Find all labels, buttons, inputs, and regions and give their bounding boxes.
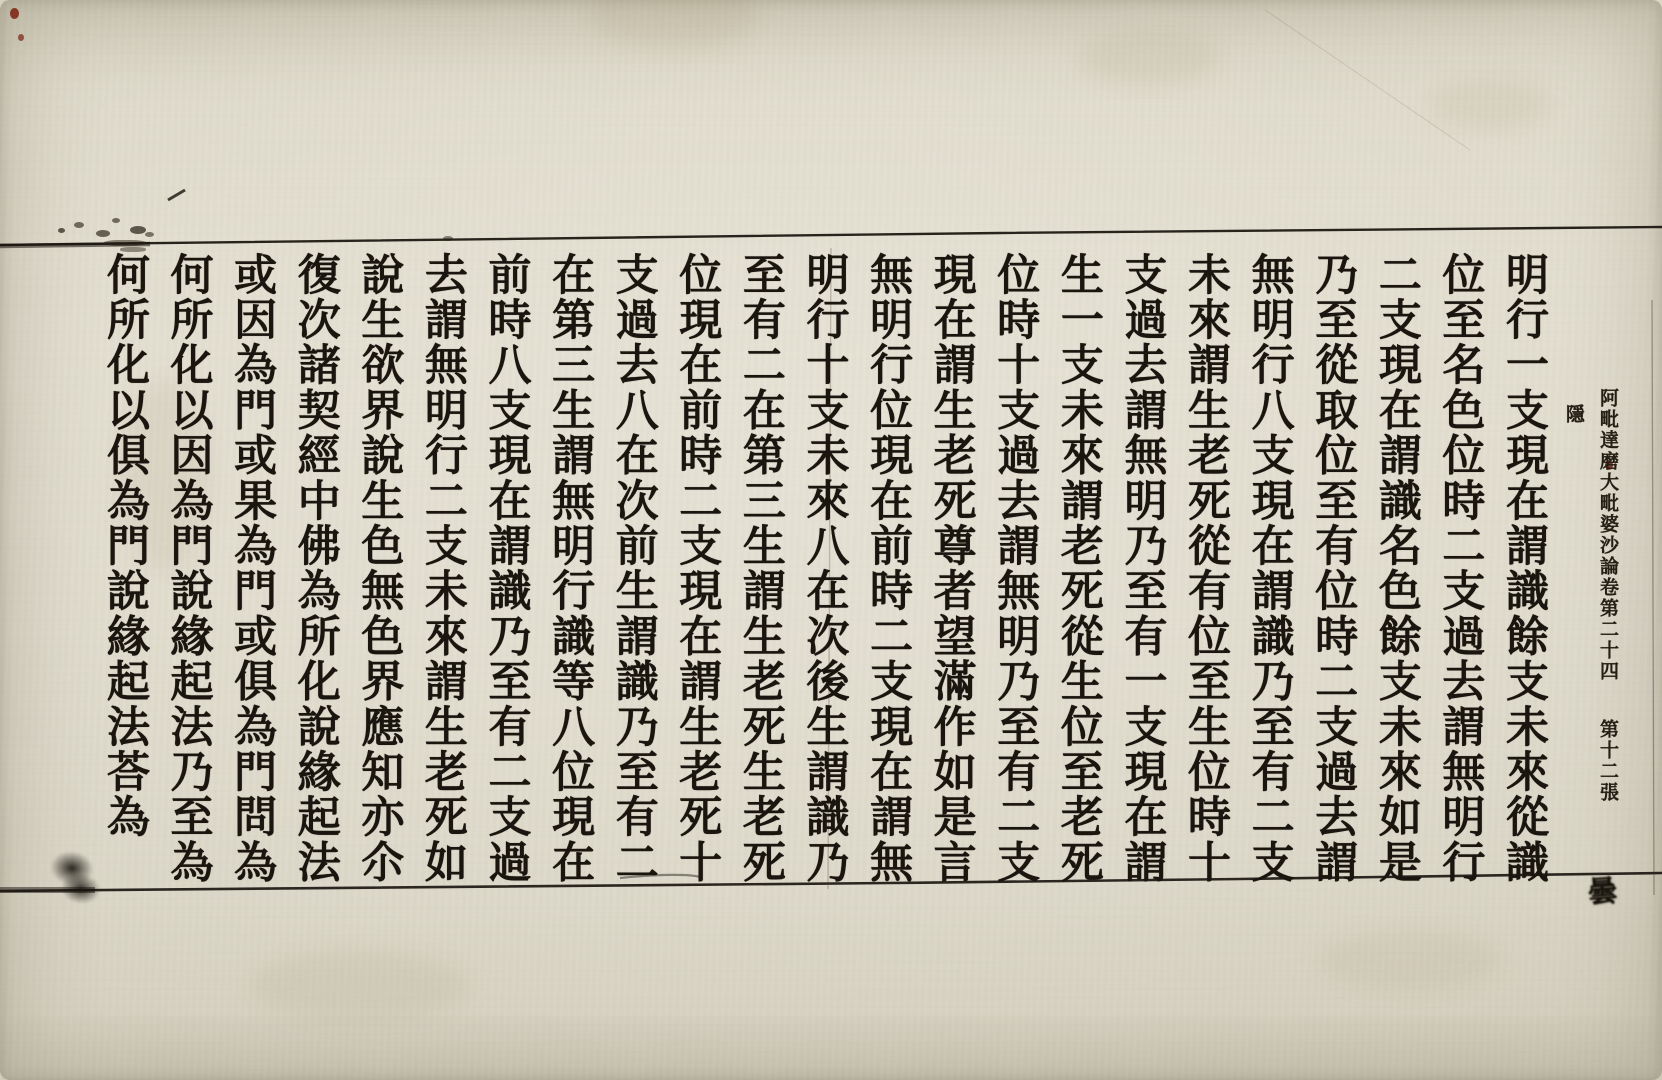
text-column: 位至名色位時二支過去謂無明行 [1428,252,1492,894]
text-column: 無明行八支現在謂識乃至有二支 [1237,252,1301,894]
text-column: 二支現在謂識名色餘支未來如是 [1364,252,1428,894]
scroll-title-column: 阿毗達磨大毗婆沙論卷第二十四 第十二張 隱 [1556,388,1624,848]
scroll-title: 阿毗達磨大毗婆沙論卷第二十四 [1597,388,1618,682]
red-speck [18,34,24,41]
main-text-block: 明行一支現在謂識餘支未來從識位至名色位時二支過去謂無明行二支現在謂識名色餘支未來… [91,252,1555,894]
text-column: 乃至從取位至有位時二支過去謂 [1301,252,1365,894]
text-column: 支過去八在次前生謂識乃至有二 [601,252,665,894]
case-mark: 隱 [1563,404,1584,425]
text-column: 支過去謂無明乃至有一支現在謂 [1110,252,1174,894]
text-column: 復次諸契經中佛為所化說緣起法 [283,252,347,894]
ink-speck [96,230,110,237]
red-speck [10,8,19,19]
text-column: 說生欲界說生色無色界應知亦尒 [347,252,411,894]
text-column: 在第三生謂無明行識等八位現在 [538,252,602,894]
text-column: 去謂無明行二支未來謂生老死如 [410,252,474,894]
text-column: 無明行位現在前時二支現在謂無 [855,252,919,894]
paper-stain [1320,930,1500,990]
text-column: 位現在前時二支現在謂生老死十 [665,252,729,894]
text-column: 現在謂生老死尊者望滿作如是言 [919,252,983,894]
paper-stain [1080,30,1220,85]
ink-speck [112,218,120,223]
paper-stain [250,950,470,1020]
paper-stain [590,0,760,50]
ink-speck [104,240,146,246]
ink-speck [74,222,84,228]
text-column: 何所化以俱為門說緣起法荅為 [92,252,156,894]
text-column: 明行十支未來八在次後生謂識乃 [792,252,856,894]
text-column: 明行一支現在謂識餘支未來從識 [1491,252,1555,894]
ink-speck [145,232,154,237]
text-column: 何所化以因為門說緣起法乃至為 [156,252,220,894]
ink-speck [58,228,65,233]
text-column: 生一支未來謂老死從生位至老死 [1046,252,1110,894]
text-column: 前時八支現在謂識乃至有二支過 [474,252,538,894]
text-column: 或因為門或果為門或俱為門問為 [220,252,284,894]
sheet-number: 第十二張 [1597,719,1618,803]
paper-stain [1430,80,1550,130]
text-column: 至有二在第三生謂生老死生老死 [728,252,792,894]
collation-mark: 曇 [1579,875,1622,907]
scanned-sutra-page: { "page": { "description": "Woodblock-pr… [0,0,1662,1080]
text-column: 未來謂生老死從有位至生位時十 [1173,252,1237,894]
ink-speck [130,226,146,234]
ink-speck [443,236,453,241]
text-column: 位時十支過去謂無明乃至有二支 [983,252,1047,894]
